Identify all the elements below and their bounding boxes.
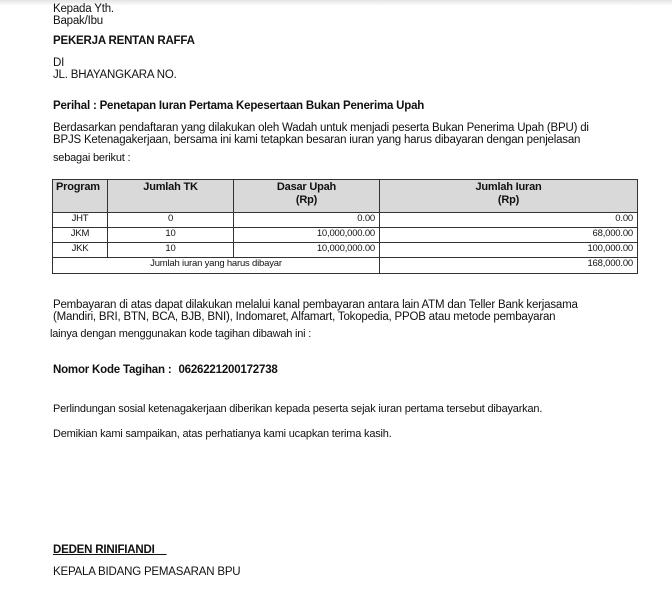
protection-note: Perlindungan sosial ketenagakerjaan dibe… xyxy=(53,403,542,416)
recipient-title: Bapak/Ibu xyxy=(53,15,103,28)
cell-jumlah-tk: 10 xyxy=(108,228,234,243)
cell-program: JHT xyxy=(53,213,108,228)
signatory-position: KEPALA BIDANG PEMASARAN BPU xyxy=(53,566,240,579)
signatory-name: DEDEN RINIFIANDI xyxy=(53,544,167,557)
header-jumlah-tk: Jumlah TK xyxy=(108,180,234,213)
total-value: 168,000.00 xyxy=(380,258,638,274)
table-row: JKM 10 10,000,000.00 68,000.00 xyxy=(53,228,638,243)
table-total-row: Jumlah iuran yang harus dibayar 168,000.… xyxy=(53,258,638,274)
header-program: Program xyxy=(53,180,108,213)
table-row: JKK 10 10,000,000.00 100,000.00 xyxy=(53,243,638,258)
cell-program: JKM xyxy=(53,228,108,243)
cell-jumlah-iuran: 100,000.00 xyxy=(380,243,638,258)
contribution-table: Program Jumlah TK Dasar Upah (Rp) Jumlah… xyxy=(52,179,638,274)
cell-dasar-upah: 10,000,000.00 xyxy=(234,243,380,258)
total-label: Jumlah iuran yang harus dibayar xyxy=(53,258,380,274)
header-jumlah-iuran: Jumlah Iuran (Rp) xyxy=(380,180,638,213)
header-dasar-upah-label: Dasar Upah xyxy=(238,181,375,194)
signatory-name-text: DEDEN RINIFIANDI xyxy=(53,544,155,556)
billing-code-label: Nomor Kode Tagihan : xyxy=(53,364,171,376)
subject-line: Perihal : Penetapan Iuran Pertama Kepese… xyxy=(53,100,424,113)
table-header-row: Program Jumlah TK Dasar Upah (Rp) Jumlah… xyxy=(53,180,638,213)
recipient-name: PEKERJA RENTAN RAFFA xyxy=(53,35,195,48)
billing-code-value: 0626221200172738 xyxy=(178,364,277,376)
cell-jumlah-tk: 0 xyxy=(108,213,234,228)
cell-dasar-upah: 0.00 xyxy=(234,213,380,228)
cell-program: JKK xyxy=(53,243,108,258)
cell-jumlah-iuran: 0.00 xyxy=(380,213,638,228)
intro-line-2: BPJS Ketenagakerjaan, bersama ini kami t… xyxy=(53,134,580,147)
payment-line-2: (Mandiri, BRI, BTN, BCA, BJB, BNI), Indo… xyxy=(53,311,555,324)
header-dasar-upah-unit: (Rp) xyxy=(238,194,375,207)
header-jumlah-iuran-unit: (Rp) xyxy=(384,194,633,207)
cell-dasar-upah: 10,000,000.00 xyxy=(234,228,380,243)
intro-line-3: sebagai berikut : xyxy=(53,152,130,165)
table-row: JHT 0 0.00 0.00 xyxy=(53,213,638,228)
payment-line-3: lainya dengan menggunakan kode tagihan d… xyxy=(50,328,311,341)
billing-code: Nomor Kode Tagihan : 0626221200172738 xyxy=(53,364,278,377)
header-jumlah-iuran-label: Jumlah Iuran xyxy=(384,181,633,194)
cell-jumlah-iuran: 68,000.00 xyxy=(380,228,638,243)
cell-jumlah-tk: 10 xyxy=(108,243,234,258)
recipient-address: JL. BHAYANGKARA NO. xyxy=(53,69,177,82)
closing-text: Demikian kami sampaikan, atas perhatiany… xyxy=(53,428,392,441)
header-dasar-upah: Dasar Upah (Rp) xyxy=(234,180,380,213)
